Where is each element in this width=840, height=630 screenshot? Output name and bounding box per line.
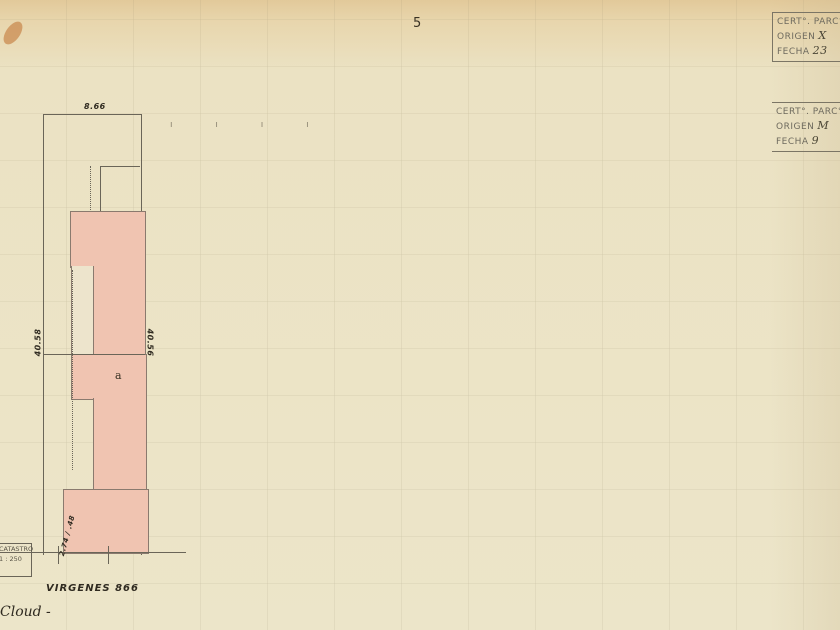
street-name: VIRGENES 866 <box>46 583 139 594</box>
division-line <box>44 354 145 355</box>
stamp-date-row: FECHA23 <box>777 44 840 59</box>
courtyard <box>71 266 93 355</box>
parcel-section-middle <box>93 266 146 354</box>
stamp-origin-label: ORIGEN <box>777 32 815 42</box>
catastro-box: CATASTRO 1 : 250 <box>0 543 32 577</box>
stamp-date-row: FECHA9 <box>776 134 840 149</box>
dotted-line-side <box>72 270 73 470</box>
right-depth-dimension: 40.56 <box>145 329 154 357</box>
certificate-stamp-2: CERT°. PARC°. ORIGENM FECHA9 <box>772 102 840 152</box>
catastro-scale: 1 : 250 <box>0 554 31 564</box>
paper-edge <box>770 0 840 630</box>
width-dimension: 8.66 <box>84 102 106 111</box>
stamp-origin-value: X <box>818 29 826 42</box>
parcel-section-front <box>63 489 149 554</box>
stamp-origin-value: M <box>817 119 829 132</box>
rear-structure <box>100 166 140 213</box>
faint-pencil-marks: ı ı ı ı <box>170 120 329 130</box>
stamp-origin-label: ORIGEN <box>776 122 814 132</box>
page-number: 5 <box>413 16 421 31</box>
stamp-date-value: 9 <box>812 134 820 147</box>
parcel-unit-a <box>71 354 147 400</box>
handwritten-signature: Cloud - <box>0 604 51 620</box>
certificate-stamp-1: CERT°. PARC°. ORIGENX FECHA23 <box>772 12 840 62</box>
parcel-section-rear <box>70 211 146 268</box>
stamp-date-label: FECHA <box>776 137 809 147</box>
stamp-heading: CERT°. PARC°. <box>776 105 840 119</box>
stamp-date-label: FECHA <box>777 47 810 57</box>
stamp-origin-row: ORIGENM <box>776 119 840 134</box>
frontage-tick <box>108 546 109 564</box>
parcel-section-lower <box>93 398 147 491</box>
dotted-line-rear <box>90 166 91 212</box>
unit-label: a <box>115 369 122 382</box>
stamp-date-value: 23 <box>813 44 828 57</box>
stamp-origin-row: ORIGENX <box>777 29 840 44</box>
left-depth-dimension: 40.58 <box>33 329 42 357</box>
stamp-heading: CERT°. PARC°. <box>777 15 840 29</box>
catastro-title: CATASTRO <box>0 544 31 554</box>
